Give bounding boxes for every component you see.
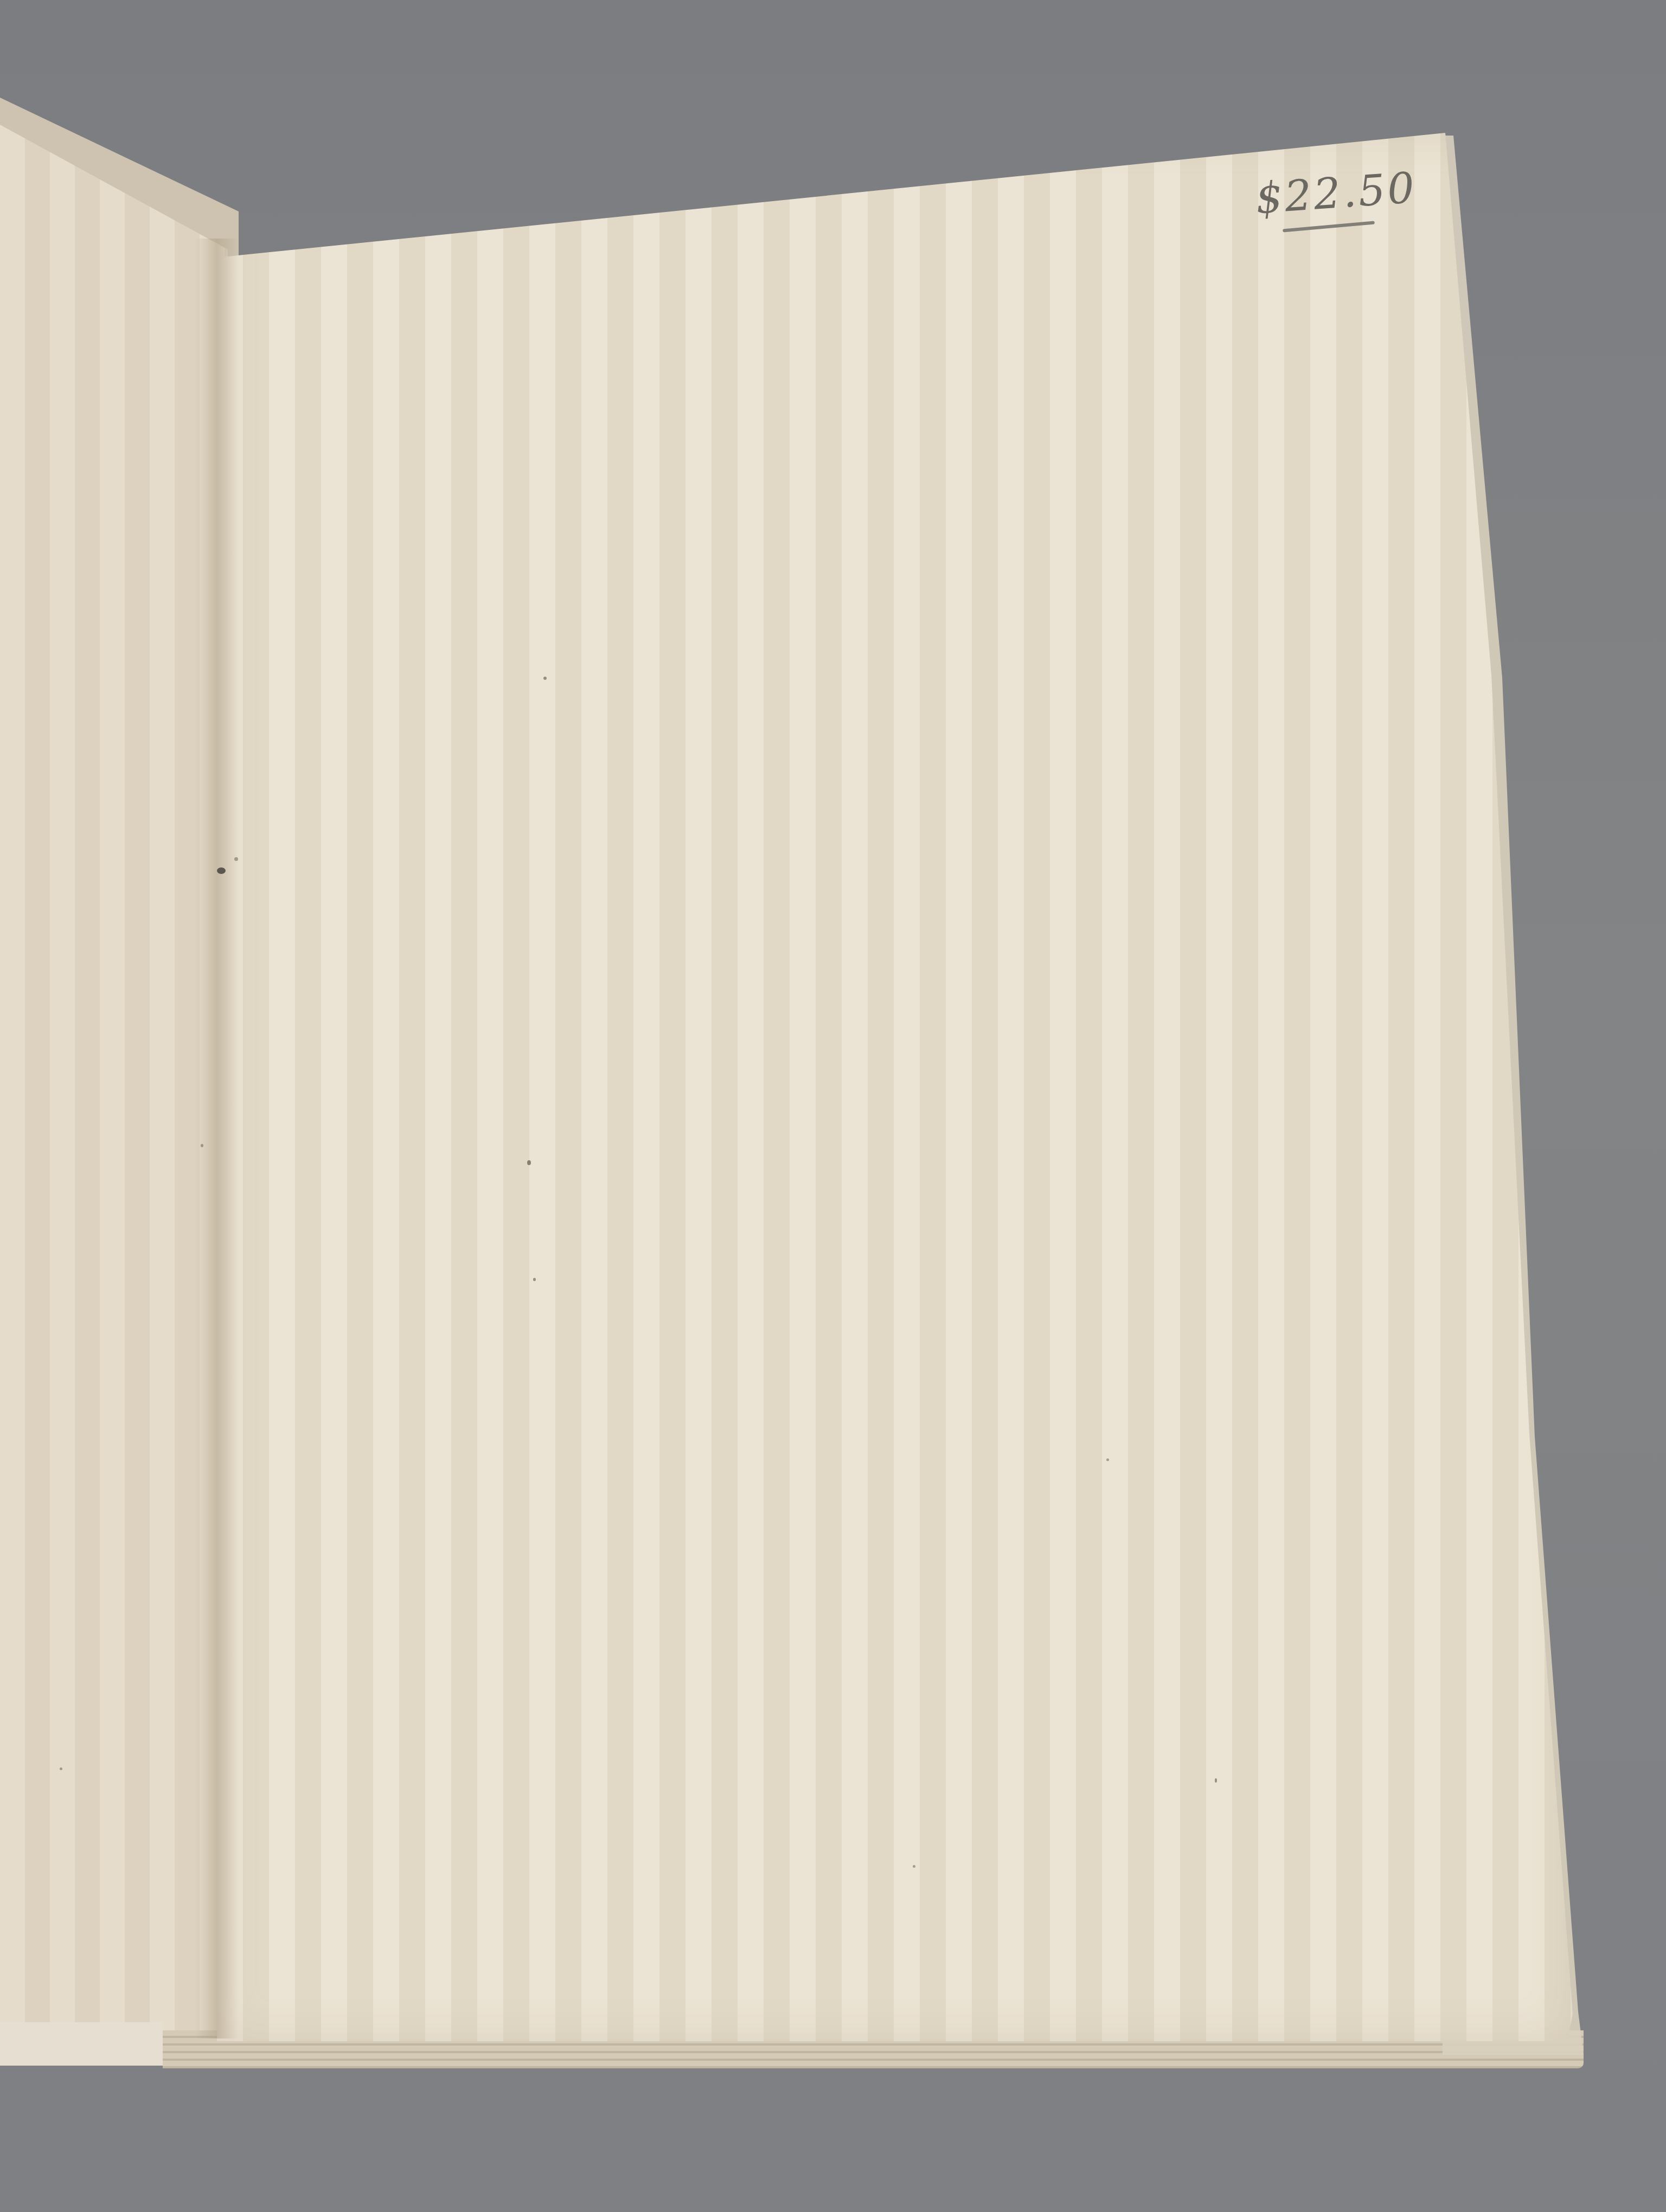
- right-page-flyleaf: [217, 133, 1573, 2041]
- speck-mark: [217, 867, 226, 874]
- speck-mark: [543, 677, 547, 680]
- photo-scene: $22.50: [0, 0, 1666, 2212]
- speck-mark: [1106, 1458, 1109, 1461]
- speck-mark: [1215, 1778, 1217, 1783]
- left-page-pastedown: [0, 125, 228, 2039]
- speck-mark: [201, 1144, 203, 1147]
- speck-mark: [533, 1278, 536, 1281]
- book-gutter: [195, 239, 239, 2039]
- speck-mark: [60, 1767, 62, 1770]
- speck-mark: [527, 1160, 531, 1165]
- left-board-bottom-edge: [0, 2022, 163, 2066]
- speck-mark: [234, 857, 238, 861]
- speck-mark: [913, 1865, 915, 1868]
